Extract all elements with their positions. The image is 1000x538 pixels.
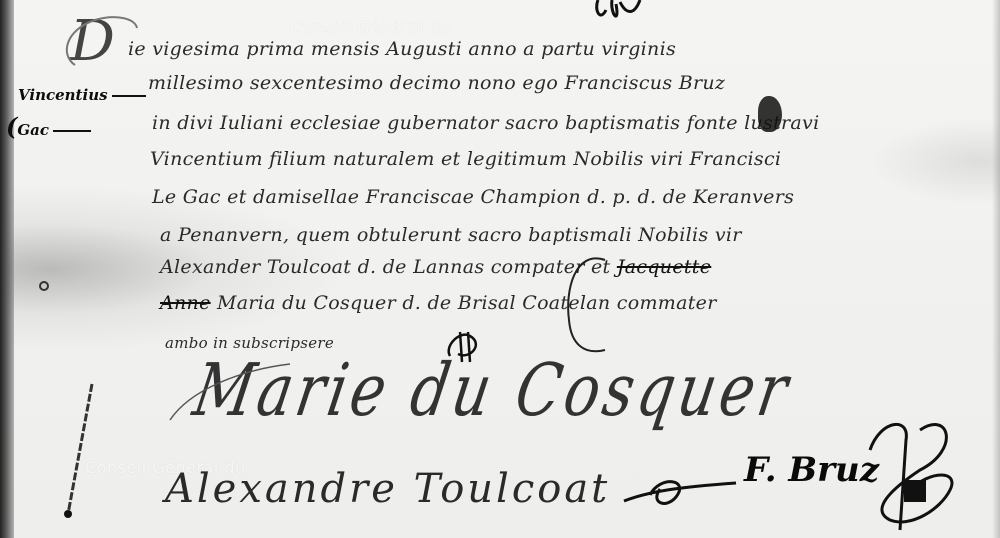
entry-line-6: a Penanvern, quem obtulerunt sacro bapti… <box>160 224 742 246</box>
watermark-top: Conseil Général du <box>290 18 451 37</box>
entry-line-3: in divi Iuliani ecclesiae gubernator sac… <box>152 112 819 134</box>
struck-word-anne: Anne <box>160 292 211 314</box>
ink-blot <box>758 96 782 132</box>
entry-line-8-text: Maria du Cosquer d. de Brisal Coatelan c… <box>217 292 717 314</box>
margin-pen-stroke <box>60 380 100 520</box>
signature-godfather: Alexandre Toulcoat <box>165 466 610 512</box>
priest-paraph <box>850 410 970 538</box>
scanned-register-page: Conseil Général du Conseil Général du Vi… <box>0 0 1000 538</box>
entry-line-8: Anne Maria du Cosquer d. de Brisal Coate… <box>160 292 717 314</box>
entry-line-2: millesimo sexcentesimo decimo nono ego F… <box>148 72 725 94</box>
entry-line-7: Alexander Toulcoat d. de Lannas compater… <box>160 256 711 278</box>
entry-line-1: ie vigesima prima mensis Augusti anno a … <box>128 38 676 60</box>
entry-line-5: Le Gac et damisellae Franciscae Champion… <box>152 186 794 208</box>
entry-line-4: Vincentium filium naturalem et legitimum… <box>150 148 781 170</box>
signature-godfather-text: Alexandre Toulcoat <box>165 466 610 512</box>
top-flourish-mark <box>590 0 650 30</box>
godfather-paraph <box>620 465 740 515</box>
margin-note-first-name: Vincentius <box>18 86 108 104</box>
margin-note: Vincentius <box>18 86 146 104</box>
struck-word-jacquette: Jacquette <box>617 256 711 278</box>
capital-c-flourish <box>555 240 615 360</box>
entry-line-7-text: Alexander Toulcoat d. de Lannas compater… <box>160 256 610 278</box>
margin-note-surname-row: (Gac <box>6 112 91 141</box>
margin-dot <box>36 278 52 294</box>
signature-godmother-underline <box>160 360 300 440</box>
margin-note-surname: Gac <box>17 121 49 139</box>
